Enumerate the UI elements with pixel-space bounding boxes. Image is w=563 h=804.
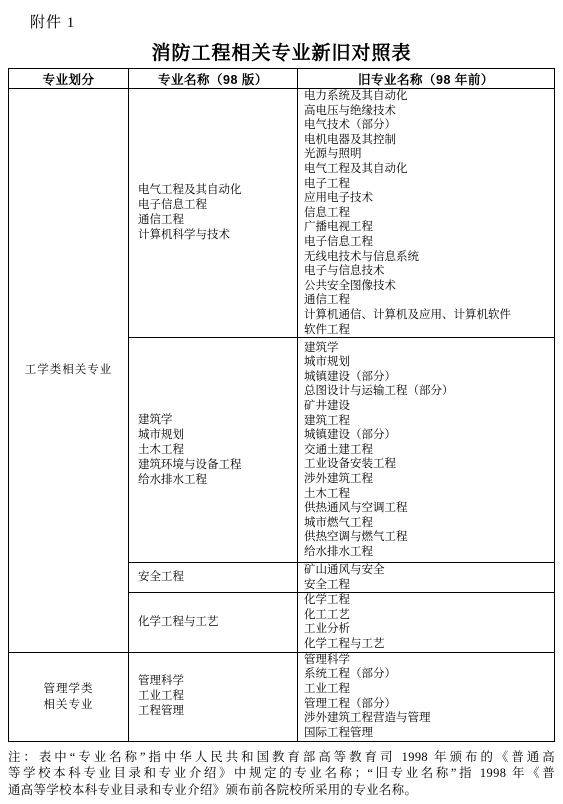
text-line: 电气工程及其自动化	[138, 183, 297, 198]
text-line: 涉外建筑工程营造与管理	[304, 711, 554, 726]
comparison-table: 专业划分 专业名称（98 版） 旧专业名称（98 年前） 工学类相关专业 电气工…	[8, 68, 555, 742]
text-line: 管理科学	[138, 674, 297, 689]
text-line: 涉外建筑工程	[304, 472, 554, 487]
text-line: 国际工程管理	[304, 726, 554, 741]
text-line: 电气工程及其自动化	[304, 162, 554, 177]
text-line: 注：表中“专业名称”指中华人民共和国教育部高等教育司 1998 年颁布的《普通高	[8, 749, 555, 766]
text-line: 土木工程	[138, 443, 297, 458]
new-majors-cell-electrical: 电气工程及其自动化电子信息工程通信工程计算机科学与技术	[129, 89, 298, 338]
old-majors-cell-safety: 矿山通风与安全安全工程	[298, 563, 555, 593]
document-page: 附件 1 消防工程相关专业新旧对照表 专业划分 专业名称（98 版） 旧专业名称…	[0, 0, 563, 804]
text-line: 城市燃气工程	[304, 516, 554, 531]
text-line: 管理学类	[9, 681, 128, 697]
text-line: 供热空调与燃气工程	[304, 530, 554, 545]
text-line: 供热通风与空调工程	[304, 501, 554, 516]
old-majors-cell-management: 管理科学系统工程（部分）工业工程管理工程（部分）涉外建筑工程营造与管理国际工程管…	[298, 652, 555, 741]
category-cell-engineering: 工学类相关专业	[9, 89, 129, 653]
text-line: 应用电子技术	[304, 191, 554, 206]
text-line: 信息工程	[304, 206, 554, 221]
text-line: 计算机科学与技术	[138, 228, 297, 243]
text-line: 公共安全图像技术	[304, 279, 554, 294]
text-line: 电子工程	[304, 177, 554, 192]
category-cell-management: 管理学类相关专业	[9, 652, 129, 741]
text-line: 化学工程与工艺	[138, 615, 297, 630]
header-category: 专业划分	[9, 69, 129, 89]
text-line: 电子信息工程	[304, 235, 554, 250]
text-line: 交通土建工程	[304, 443, 554, 458]
text-line: 系统工程（部分）	[304, 667, 554, 682]
table-note: 注：表中“专业名称”指中华人民共和国教育部高等教育司 1998 年颁布的《普通高…	[8, 749, 555, 799]
text-line: 软件工程	[304, 323, 554, 338]
text-line: 建筑工程	[304, 414, 554, 429]
old-majors-cell-civil: 建筑学城市规划城镇建设（部分）总图设计与运输工程（部分）矿井建设建筑工程城镇建设…	[298, 338, 555, 563]
text-line: 给水排水工程	[304, 545, 554, 560]
text-line: 管理科学	[304, 653, 554, 668]
text-line: 电子与信息技术	[304, 264, 554, 279]
text-line: 城镇建设（部分）	[304, 370, 554, 385]
text-line: 电力系统及其自动化	[304, 89, 554, 104]
text-line: 通信工程	[138, 213, 297, 228]
text-line: 矿井建设	[304, 399, 554, 414]
text-line: 城市规划	[304, 355, 554, 370]
text-line: 管理工程（部分）	[304, 697, 554, 712]
document-title: 消防工程相关专业新旧对照表	[8, 38, 555, 65]
text-line: 工程管理	[138, 704, 297, 719]
text-line: 工业分析	[304, 622, 554, 637]
text-line: 安全工程	[138, 570, 297, 585]
text-line: 化学工程	[304, 593, 554, 608]
text-line: 工学类相关专业	[9, 362, 128, 378]
old-majors-cell-electrical: 电力系统及其自动化高电压与绝缘技术电气技术（部分）电机电器及其控制光源与照明电气…	[298, 89, 555, 338]
text-line: 广播电视工程	[304, 220, 554, 235]
text-line: 建筑学	[138, 413, 297, 428]
new-majors-cell-safety: 安全工程	[129, 563, 298, 593]
text-line: 工业设备安装工程	[304, 457, 554, 472]
text-line: 相关专业	[9, 697, 128, 713]
text-line: 等学校本科专业目录和专业介绍》中规定的专业名称；“旧专业名称”指 1998 年《…	[8, 765, 555, 782]
text-line: 电机电器及其控制	[304, 133, 554, 148]
text-line: 化工工艺	[304, 608, 554, 623]
text-line: 通高等学校本科专业目录和专业介绍》颁布前各院校所采用的专业名称。	[8, 782, 555, 799]
text-line: 工业工程	[304, 682, 554, 697]
text-line: 工业工程	[138, 689, 297, 704]
table-row-electrical: 工学类相关专业 电气工程及其自动化电子信息工程通信工程计算机科学与技术 电力系统…	[9, 89, 555, 338]
text-line: 土木工程	[304, 487, 554, 502]
text-line: 给水排水工程	[138, 473, 297, 488]
text-line: 城镇建设（部分）	[304, 428, 554, 443]
text-line: 总图设计与运输工程（部分）	[304, 384, 554, 399]
new-majors-cell-management: 管理科学工业工程工程管理	[129, 652, 298, 741]
old-majors-cell-chemical: 化学工程化工工艺工业分析化学工程与工艺	[298, 593, 555, 652]
text-line: 通信工程	[304, 293, 554, 308]
table-header-row: 专业划分 专业名称（98 版） 旧专业名称（98 年前）	[9, 69, 555, 89]
text-line: 电气技术（部分）	[304, 118, 554, 133]
header-old-name: 旧专业名称（98 年前）	[298, 69, 555, 89]
text-line: 安全工程	[304, 578, 554, 593]
text-line: 高电压与绝缘技术	[304, 104, 554, 119]
text-line: 计算机通信、计算机及应用、计算机软件	[304, 308, 554, 323]
text-line: 光源与照明	[304, 147, 554, 162]
text-line: 无线电技术与信息系统	[304, 250, 554, 265]
attachment-label: 附件 1	[30, 11, 555, 32]
new-majors-cell-chemical: 化学工程与工艺	[129, 593, 298, 652]
text-line: 建筑环境与设备工程	[138, 458, 297, 473]
new-majors-cell-civil: 建筑学城市规划土木工程建筑环境与设备工程给水排水工程	[129, 338, 298, 563]
text-line: 电子信息工程	[138, 198, 297, 213]
text-line: 矿山通风与安全	[304, 563, 554, 578]
text-line: 城市规划	[138, 428, 297, 443]
text-line: 化学工程与工艺	[304, 637, 554, 652]
header-new-name: 专业名称（98 版）	[129, 69, 298, 89]
text-line: 建筑学	[304, 341, 554, 356]
table-row-management: 管理学类相关专业 管理科学工业工程工程管理 管理科学系统工程（部分）工业工程管理…	[9, 652, 555, 741]
